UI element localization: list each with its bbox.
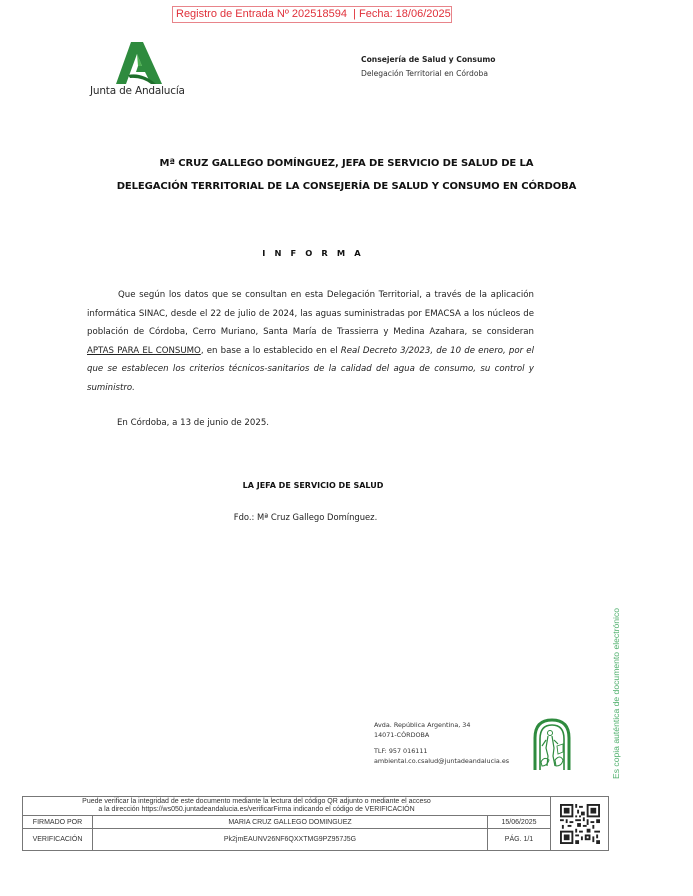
signed-date: 15/06/2025	[488, 816, 551, 829]
signed-by-row: FIRMADO POR MARIA CRUZ GALLEGO DOMINGUEZ…	[23, 816, 609, 829]
body-text-part1: Que según los datos que se consultan en …	[87, 290, 534, 337]
verification-code-row: VERIFICACIÓN Pk2jmEAUNV26NF6QXXTMG9PZ957…	[23, 829, 609, 851]
informa-heading: I N F O R M A	[0, 248, 626, 258]
address-phone: TLF: 957 016111	[374, 746, 509, 756]
department-header: Consejería de Salud y Consumo Delegación…	[361, 55, 496, 78]
signed-by-value: MARIA CRUZ GALLEGO DOMINGUEZ	[93, 816, 488, 829]
verification-notice-line2: a la dirección https://ws050.juntadeanda…	[23, 806, 490, 814]
verification-code: Pk2jmEAUNV26NF6QXXTMG9PZ957J5G	[93, 829, 488, 851]
address-city: 14071-CÓRDOBA	[374, 730, 509, 740]
registration-stamp: Registro de Entrada Nº 202518594 | Fecha…	[172, 6, 452, 23]
signer-name: Fdo.: Mª Cruz Gallego Domínguez.	[0, 512, 611, 522]
qr-code-cell	[551, 797, 609, 851]
body-text-part2: , en base a lo establecido en el	[201, 346, 341, 356]
verification-table: Puede verificar la integridad de este do…	[22, 796, 609, 851]
body-paragraph: Que según los datos que se consultan en …	[87, 286, 534, 398]
verification-notice-line1: Puede verificar la integridad de este do…	[23, 798, 490, 806]
verification-notice: Puede verificar la integridad de este do…	[23, 797, 551, 816]
address-email[interactable]: ambiental.co.csalud@juntadeandalucia.es	[374, 756, 509, 766]
address-block: Avda. República Argentina, 34 14071-CÓRD…	[374, 720, 509, 766]
verification-label: VERIFICACIÓN	[23, 829, 93, 851]
junta-andalucia-logo-icon	[116, 42, 162, 84]
authentic-copy-note: Es copia auténtica de documento electrón…	[611, 608, 621, 779]
document-title-line1: Mª CRUZ GALLEGO DOMÍNGUEZ, JEFA DE SERVI…	[60, 158, 633, 169]
department-name: Consejería de Salud y Consumo	[361, 55, 496, 64]
qr-code-icon[interactable]	[560, 804, 600, 844]
delegation-name: Delegación Territorial en Córdoba	[361, 69, 496, 78]
page-number: PÁG. 1/1	[488, 829, 551, 851]
body-text-underlined: APTAS PARA EL CONSUMO	[87, 346, 201, 356]
logo-text: Junta de Andalucía	[90, 85, 185, 97]
address-street: Avda. República Argentina, 34	[374, 720, 509, 730]
signed-by-label: FIRMADO POR	[23, 816, 93, 829]
andalusia-shield-icon	[533, 718, 571, 770]
document-title-line2: DELEGACIÓN TERRITORIAL DE LA CONSEJERÍA …	[60, 181, 633, 192]
verification-notice-row: Puede verificar la integridad de este do…	[23, 797, 609, 816]
signer-title: LA JEFA DE SERVICIO DE SALUD	[0, 481, 626, 490]
date-line: En Córdoba, a 13 de junio de 2025.	[117, 418, 269, 428]
